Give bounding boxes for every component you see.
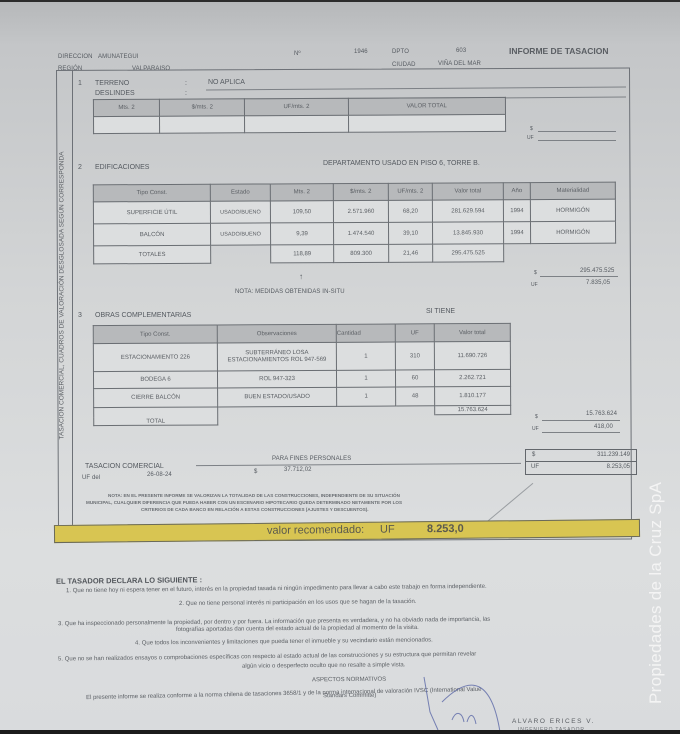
recommended-value: 8.253,0	[427, 523, 464, 535]
deslindes-colon: :	[185, 90, 187, 97]
col-header: Observaciones	[217, 324, 336, 343]
table-row: BALCÓN USADO/BUENO 9,39 1.474.540 39,10 …	[94, 221, 616, 246]
declaracion-item-4: 4. Que todos los inconvenientes y limita…	[135, 637, 433, 646]
edif-uf-label: UF	[531, 282, 538, 288]
obras-uf-line	[542, 432, 620, 433]
signer-name: ALVARO ERICES V.	[512, 718, 595, 725]
tasacion-label: TASACION COMERCIAL	[85, 463, 164, 470]
cell: 1994	[503, 200, 530, 222]
cell: HORMIGÓN	[530, 199, 615, 221]
numero-value: 1946	[354, 49, 368, 55]
declaracion-title: EL TASADOR DECLARA LO SIGUIENTE :	[56, 575, 202, 586]
cell: 118,89	[271, 245, 334, 263]
terreno-title: TERRENO	[95, 80, 129, 87]
col-header: Materialidad	[530, 182, 615, 199]
uf-peso-value: 37.712,02	[284, 467, 312, 473]
cell: 809.300	[334, 244, 389, 262]
uf-peso-symbol: $	[254, 469, 257, 475]
ciudad-value: VIÑA DEL MAR	[438, 61, 481, 67]
uf-date: 26-08-24	[147, 472, 172, 478]
appraisal-document: DIRECCION AMUNATEGUI Nº 1946 DPTO 603 IN…	[0, 2, 680, 730]
cell: 1.474.540	[333, 222, 388, 244]
bottom-border	[0, 730, 680, 734]
cell: 21,46	[389, 244, 433, 262]
col-header: Cantidad	[336, 324, 395, 342]
cell: 60	[395, 370, 434, 387]
table-row: BODEGA 6 ROL 947-323 1 60 2.262.721	[93, 369, 510, 388]
terreno-colon: :	[185, 80, 187, 87]
section-3-number: 3	[78, 312, 82, 319]
totals-row: TOTALES 118,89 809.300 21,46 295.475.525	[94, 243, 616, 264]
cell: 11.690.726	[434, 341, 510, 369]
obras-status: SI TIENE	[426, 308, 455, 315]
cell: SUBTERRÁNEO LOSA ESTACIONAMIENTOS ROL 94…	[217, 342, 336, 371]
obras-uf-label: UF	[532, 426, 539, 432]
cell: 1.810.177	[435, 386, 511, 405]
col-header: $/mts. 2	[160, 99, 245, 116]
section-1-number: 1	[78, 80, 82, 87]
declaracion-item-3-cont: fotografías aportadas dan cuenta del est…	[176, 625, 419, 633]
total-uf-label: UF	[531, 464, 539, 470]
cell: 1	[337, 387, 396, 406]
ciudad-label: CIUDAD	[392, 62, 416, 68]
cell: 1	[336, 370, 395, 387]
obras-total-label: TOTAL	[94, 407, 218, 426]
col-header: Valor total	[432, 183, 503, 200]
purpose: PARA FINES PERSONALES	[272, 456, 351, 462]
col-header: $/mts. 2	[333, 183, 388, 200]
cell: BODEGA 6	[93, 371, 217, 389]
depto-label: DPTO	[392, 49, 409, 55]
col-header: Tipo Const.	[93, 184, 210, 202]
edificaciones-table: Tipo Const. Estado Mts. 2 $/mts. 2 UF/mt…	[93, 182, 616, 265]
col-header: Tipo Const.	[93, 325, 217, 344]
nota-line-1: NOTA: EN EL PRESENTE INFORME SE VALORIZA…	[108, 493, 400, 498]
declaracion-item-1: 1. Que no tiene hoy ni espera tener en e…	[66, 584, 487, 594]
edif-peso-value: 295.475.525	[580, 268, 614, 274]
arrow-up-icon: ↑	[299, 272, 303, 281]
terreno-value: NO APLICA	[208, 79, 245, 86]
obras-title: OBRAS COMPLEMENTARIAS	[95, 312, 191, 319]
total-peso-label: $	[532, 452, 535, 458]
terreno-peso-line	[538, 131, 616, 132]
cell: ROL 947-323	[217, 370, 336, 388]
declaracion-item-2: 2. Que no tiene personal interés ni part…	[179, 599, 417, 607]
recommended-unit: UF	[380, 524, 395, 536]
cell: 1	[336, 342, 395, 370]
totals-label: TOTALES	[94, 245, 211, 264]
cell: 310	[395, 342, 434, 370]
col-header: UF/mts. 2	[245, 98, 348, 116]
obras-peso-value: 15.763.624	[586, 411, 617, 417]
obras-peso-label: $	[535, 414, 538, 420]
declaracion-item-5-cont: algún vicio o desperfecto oculto que no …	[242, 662, 405, 669]
obras-uf-value: 418,00	[594, 424, 613, 430]
side-rule	[72, 70, 73, 538]
declaracion-item-5: 5. Que no se han realizados ensayos o co…	[58, 651, 476, 662]
table-row: SUPERFICIE ÚTIL USADO/BUENO 109,50 2.571…	[93, 199, 615, 224]
table-row: CIERRE BALCÓN BUEN ESTADO/USADO 1 48 1.8…	[94, 386, 511, 407]
cell: 68,20	[388, 200, 432, 222]
obras-table: Tipo Const. Observaciones Cantidad UF Va…	[93, 323, 512, 426]
cell: 295.475.525	[433, 244, 504, 262]
cell: USADO/BUENO	[210, 223, 270, 245]
uf-del-label: UF del	[82, 475, 100, 481]
obras-total-value: 15.763.624	[435, 405, 511, 414]
cell: 2.262.721	[434, 369, 510, 386]
cell: HORMIGÓN	[530, 221, 615, 243]
section-2-number: 2	[78, 164, 82, 171]
cell: ESTACIONAMIENTO 226	[93, 343, 217, 372]
terreno-peso-label: $	[530, 126, 533, 132]
watermark: Propiedades de la Cruz SpA	[646, 404, 666, 704]
col-header: VALOR TOTAL	[348, 97, 506, 115]
terreno-uf-label: UF	[527, 135, 534, 141]
edif-uf-value: 7.835,05	[586, 280, 610, 286]
terreno-table: Mts. 2 $/mts. 2 UF/mts. 2 VALOR TOTAL	[93, 97, 506, 134]
cell: 13.845.930	[432, 222, 503, 244]
total-uf-value: 8.253,05	[607, 464, 630, 470]
edif-peso-line	[540, 276, 618, 277]
col-header: Valor total	[434, 323, 510, 341]
edificaciones-note: NOTA: MEDIDAS OBTENIDAS IN-SITU	[235, 289, 345, 295]
direccion-value: AMUNATEGUI	[98, 54, 139, 60]
table-row: ESTACIONAMIENTO 226 SUBTERRÁNEO LOSA EST…	[93, 341, 510, 371]
col-header: Estado	[210, 184, 270, 201]
cell: CIERRE BALCÓN	[94, 388, 218, 408]
edificaciones-description: DEPARTAMENTO USADO EN PISO 6, TORRE B.	[323, 160, 480, 167]
deslindes-label: DESLINDES	[95, 90, 135, 97]
cell: 1994	[503, 222, 530, 244]
document-title: INFORME DE TASACION	[509, 46, 608, 56]
terreno-uf-line	[538, 140, 616, 141]
cell: 48	[396, 387, 435, 406]
edif-peso-label: $	[534, 270, 537, 276]
nota-line-2: MUNICIPAL, CUALQUIER DIFERENCIA QUE PUED…	[86, 500, 402, 505]
col-header: Mts. 2	[93, 99, 159, 116]
cell: 39,10	[388, 222, 432, 244]
obras-peso-line	[542, 420, 620, 421]
col-header: Año	[503, 183, 530, 200]
col-header: UF/mts. 2	[388, 183, 432, 200]
total-peso-value: 311.239.149	[597, 452, 630, 458]
aspectos-text-cont: Standars Committe)	[323, 693, 376, 699]
numero-label: Nº	[294, 51, 301, 57]
cell: 109,50	[270, 201, 333, 223]
side-label: TASACION COMERCIAL, CUADROS DE VALORACIÓ…	[59, 106, 66, 486]
col-header: UF	[395, 324, 434, 342]
nota-line-3: CRITERIOS DE CADA BANCO EN RELACIÓN A ES…	[141, 507, 369, 512]
total-summary-box: $ 311.239.149 UF 8.253,05	[525, 449, 637, 475]
cell: USADO/BUENO	[210, 201, 270, 223]
cell: BUEN ESTADO/USADO	[218, 387, 337, 407]
aspectos-title: ASPECTOS NORMATIVOS	[312, 677, 386, 684]
cell: 9,39	[270, 223, 333, 245]
direccion-label: DIRECCION	[58, 54, 93, 60]
edificaciones-title: EDIFICACIONES	[95, 164, 149, 171]
col-header: Mts. 2	[270, 184, 333, 201]
depto-value: 603	[456, 48, 466, 54]
cell: SUPERFICIE ÚTIL	[93, 201, 210, 224]
cell: 2.571.960	[333, 200, 388, 222]
recommended-label: valor recomendado:	[267, 524, 364, 537]
cell: BALCÓN	[94, 223, 211, 246]
cell: 281.629.594	[432, 200, 503, 222]
